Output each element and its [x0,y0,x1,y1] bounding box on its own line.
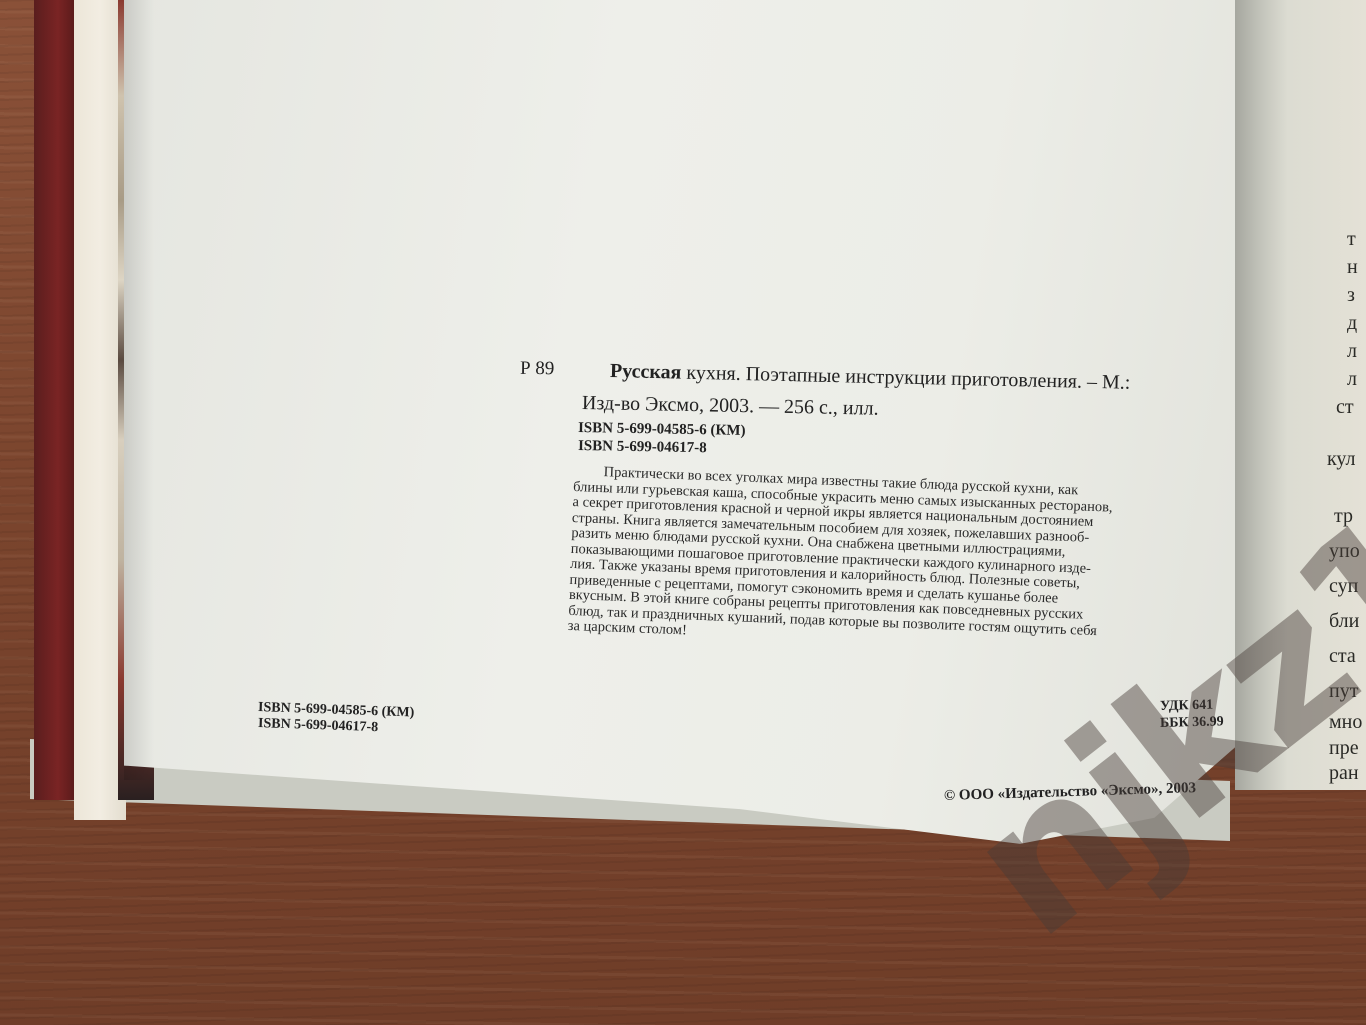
title-bold: Русская [610,360,682,384]
annotation-paragraph: Практически во всех уголках мира известн… [567,464,1223,659]
facing-page-fragment: д [1347,312,1357,335]
book-cover-edge [34,0,74,800]
facing-page-fragment: л [1347,368,1357,391]
facing-page-fragment: т [1347,228,1356,251]
facing-page-fragment: ст [1336,396,1354,419]
facing-page-fragment: з [1347,284,1355,307]
catalog-code: Р 89 [520,358,555,380]
isbn-line: ISBN 5-699-04617-8 [578,438,707,457]
isbn-line: ISBN 5-699-04585-6 (КМ) [578,420,746,440]
facing-page-fragment: н [1347,256,1358,279]
facing-page-fragment: кул [1327,448,1356,471]
facing-page-fragment: л [1347,340,1357,363]
page-gutter-shadow [124,0,154,780]
